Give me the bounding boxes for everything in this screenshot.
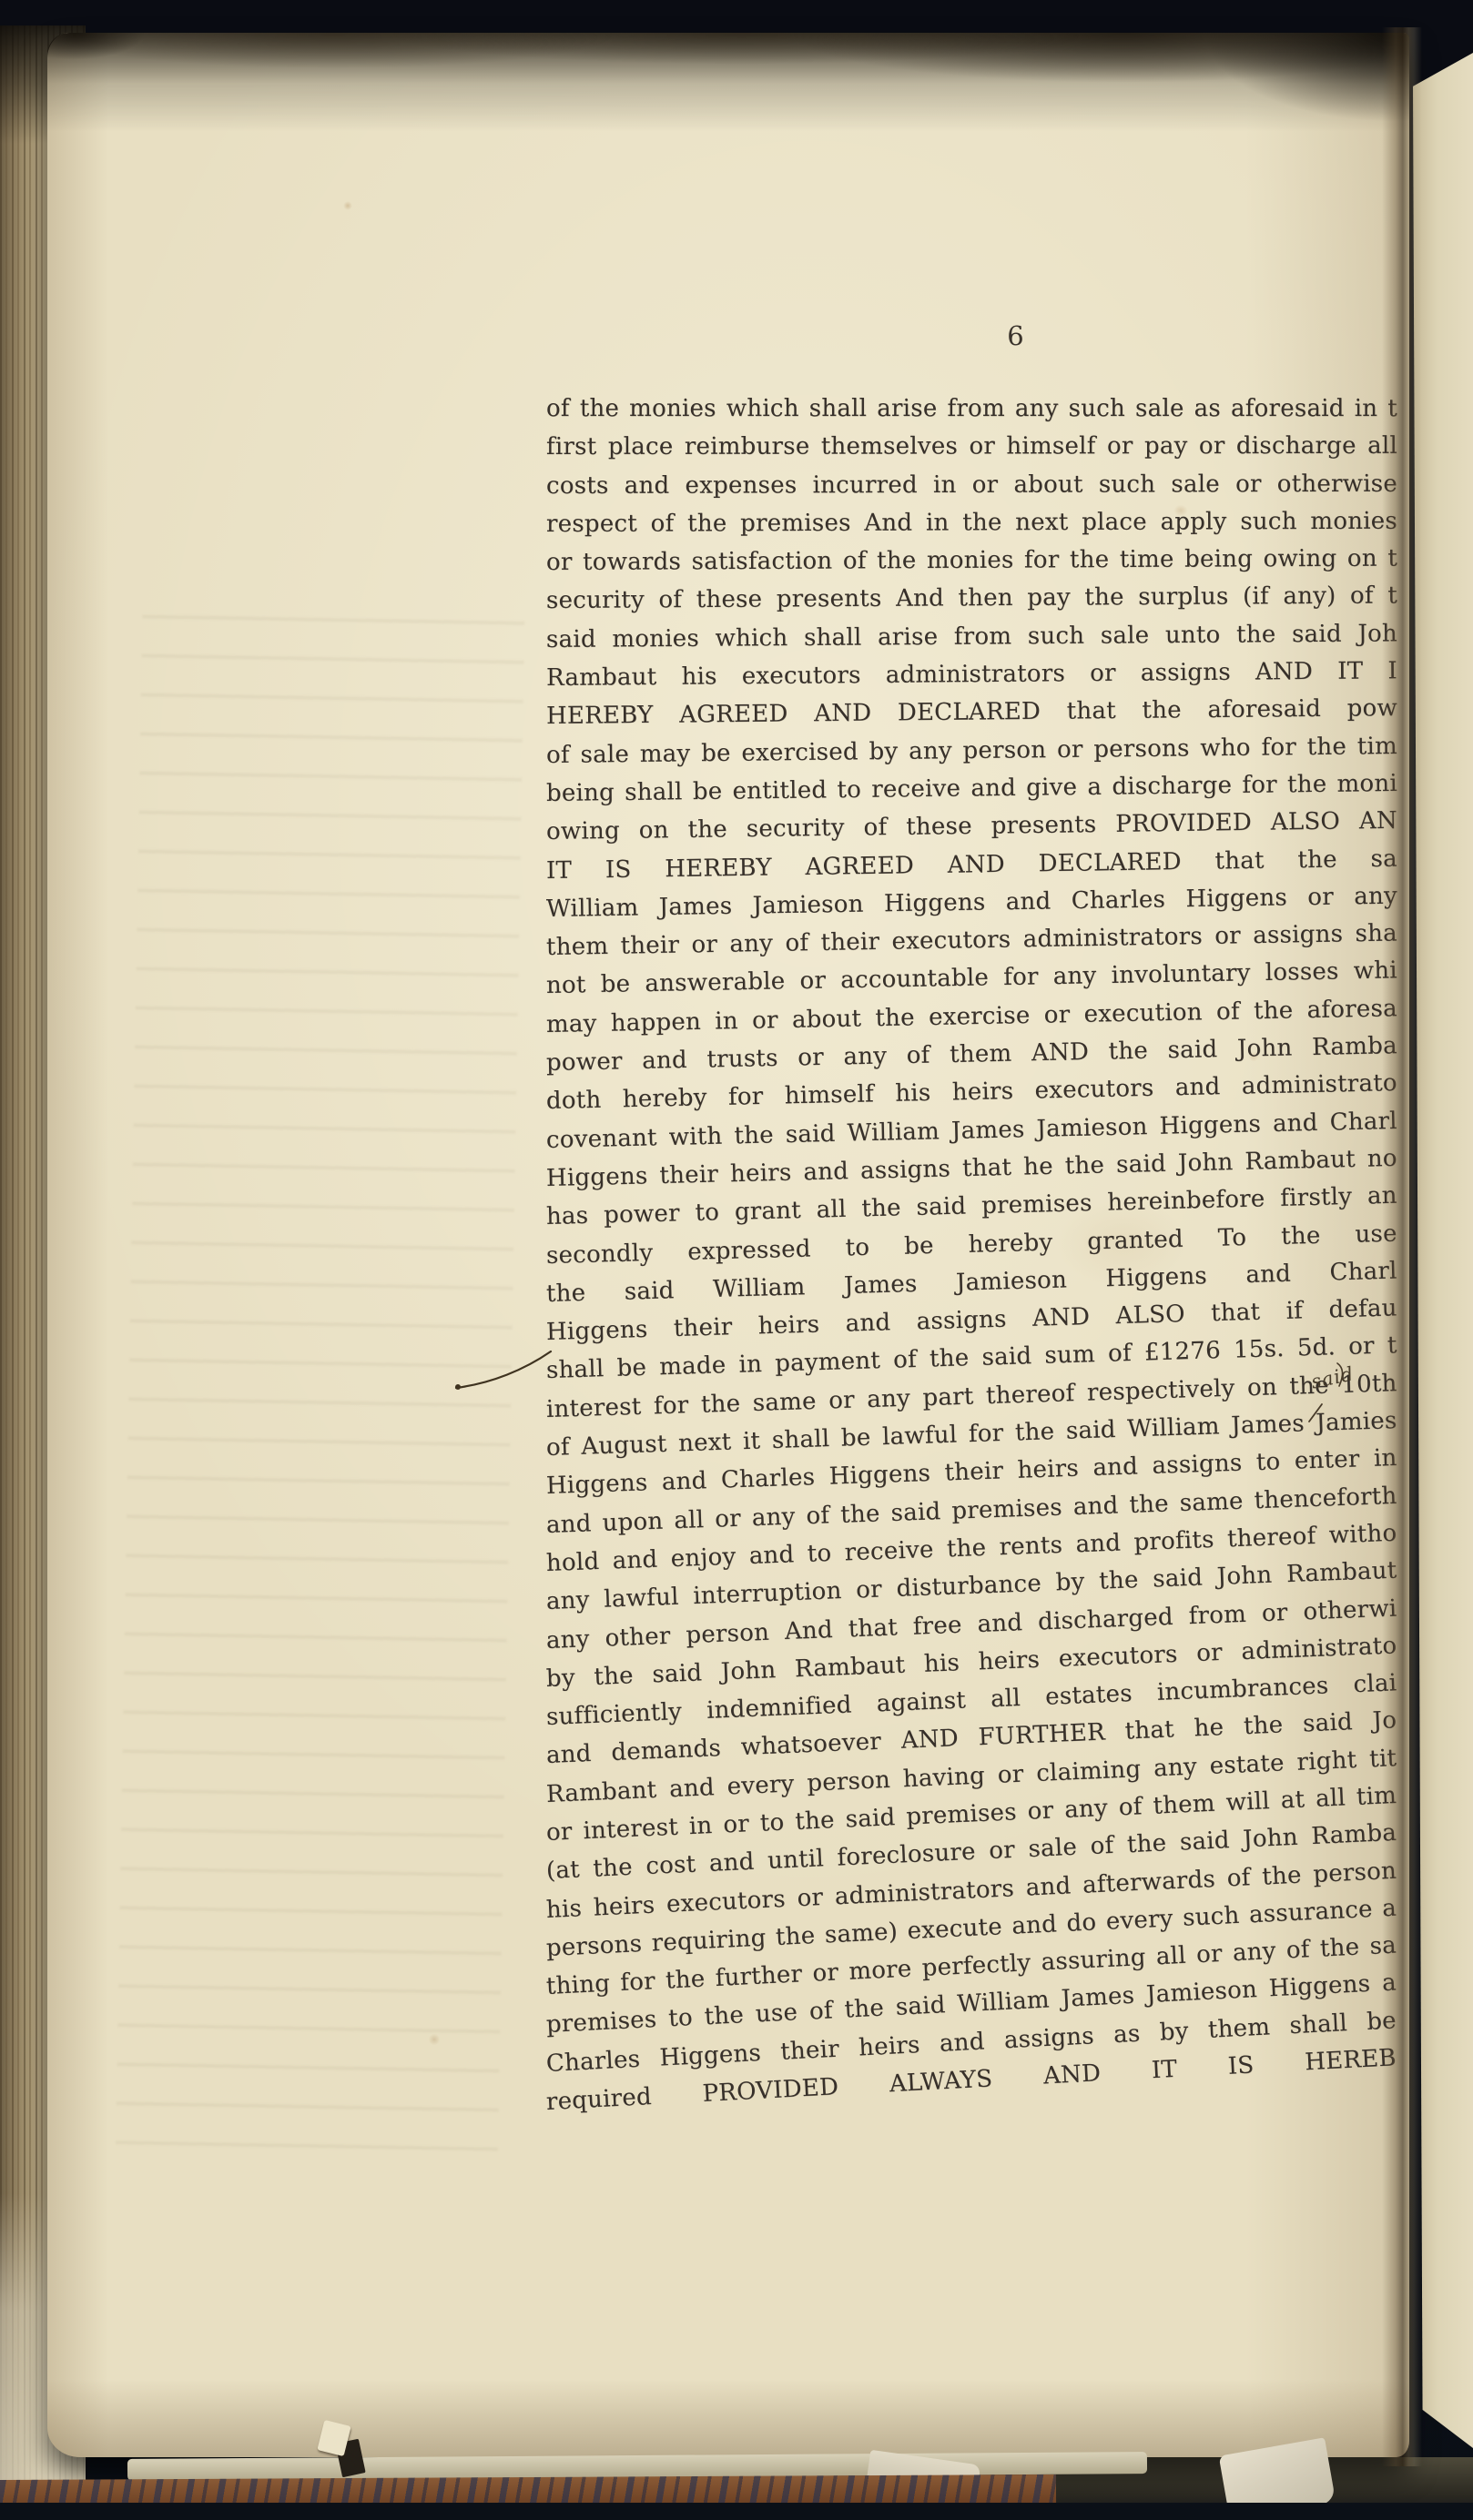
book-photo: 6 of the monies which shall arise from a…: [0, 0, 1473, 2520]
text-line: or towards satisfaction of the monies fo…: [546, 540, 1397, 582]
text-line: of the monies which shall arise from any…: [546, 390, 1397, 428]
text-line: costs and expenses incurred in or about …: [546, 464, 1397, 505]
photo-bottom-edge: [0, 2503, 1473, 2520]
text-block: of the monies which shall arise from any…: [546, 390, 1418, 2196]
text-line: respect of the premises And in the next …: [546, 502, 1397, 544]
text-line: first place reimburse themselves or hims…: [546, 427, 1397, 466]
gutter-crease: [1382, 27, 1422, 2466]
page-number: 6: [546, 320, 1441, 351]
text-line: security of these presents And then pay …: [546, 577, 1397, 621]
